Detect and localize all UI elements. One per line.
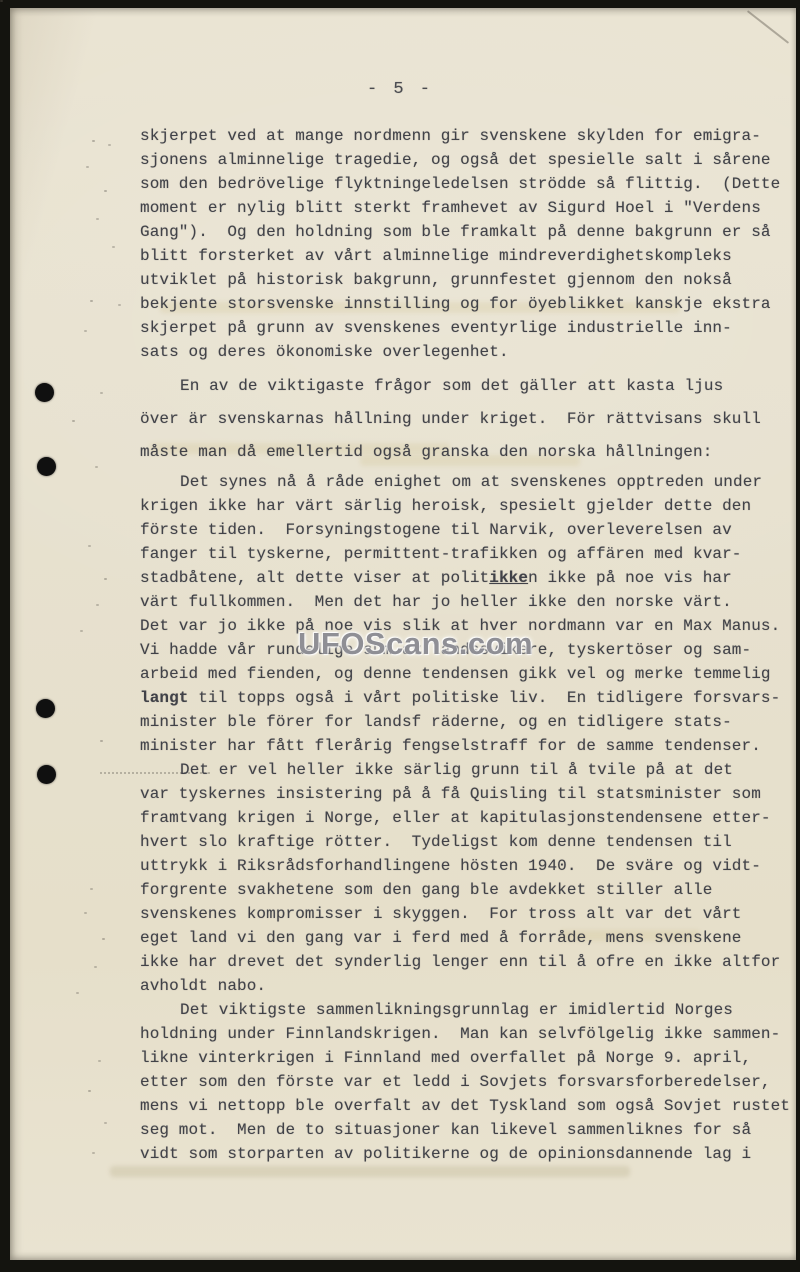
text-line: vidt som storparten av politikerne og de…	[140, 1142, 748, 1166]
text-line: minister ble förer for landsf räderne, o…	[140, 710, 748, 734]
emphasized-word: ikke	[489, 569, 528, 587]
text-line: En av de viktigaste frågor som det gälle…	[140, 370, 748, 403]
text-line: eget land vi den gang var i ferd med å f…	[140, 926, 748, 950]
hole-punch	[37, 765, 56, 784]
text-line: Det viktigste sammenlikningsgrunnlag er …	[140, 998, 748, 1022]
text-line: framtvang krigen i Norge, eller at kapit…	[140, 806, 748, 830]
text-line: krigen ikke har värt särlig heroisk, spe…	[140, 494, 748, 518]
scanned-document-page: - 5 - skjerpet ved at mange nordmenn gir…	[0, 0, 800, 1272]
text-line: likne vinterkrigen i Finnland med overfa…	[140, 1046, 748, 1070]
paragraph: Det er vel heller ikke särlig grunn til …	[140, 758, 748, 998]
text-line: langt til topps også i vårt politiske li…	[140, 686, 748, 710]
text-line: förste tiden. Forsyningstogene til Narvi…	[140, 518, 748, 542]
watermark: UFOScans.com	[298, 626, 533, 662]
text-line: utviklet på historisk bakgrunn, grunnfes…	[140, 268, 748, 292]
text-line: fanger til tyskerne, permittent-trafikke…	[140, 542, 748, 566]
hole-punch	[35, 383, 54, 402]
paragraph: Det viktigste sammenlikningsgrunnlag er …	[140, 998, 748, 1166]
bleed-through	[110, 1166, 630, 1177]
text-line: blitt forsterket av vårt alminnelige min…	[140, 244, 748, 268]
text-line: avholdt nabo.	[140, 974, 748, 998]
paragraph: skjerpet ved at mange nordmenn gir svens…	[140, 124, 748, 364]
text-line: var tyskernes insistering på å få Quisli…	[140, 782, 748, 806]
text-line: etter som den förste var et ledd i Sovje…	[140, 1070, 748, 1094]
text-line: Det er vel heller ikke särlig grunn til …	[140, 758, 748, 782]
paragraph: En av de viktigaste frågor som det gälle…	[140, 370, 748, 469]
text-line: som den bedrövelige flyktningeledelsen s…	[140, 172, 748, 196]
text-line: bekjente storsvenske innstilling og for …	[140, 292, 748, 316]
text-line: måste man då emellertid også granska den…	[140, 436, 748, 469]
text-line: hvert slo kraftige rötter. Tydeligst kom…	[140, 830, 748, 854]
text-line: sjonens alminnelige tragedie, og også de…	[140, 148, 748, 172]
text-line: skjerpet på grunn av svenskenes eventyrl…	[140, 316, 748, 340]
text-line: moment er nylig blitt sterkt framhevet a…	[140, 196, 748, 220]
text-line: Gang"). Og den holdning som ble framkalt…	[140, 220, 748, 244]
text-line: över är svenskarnas hållning under krige…	[140, 403, 748, 436]
hole-punch	[36, 699, 55, 718]
text-line: värt fullkommen. Men det har jo heller i…	[140, 590, 748, 614]
text-line: holdning under Finnlandskrigen. Man kan …	[140, 1022, 748, 1046]
text-line: ikke har drevet det synderlig lenger enn…	[140, 950, 748, 974]
text-line: forgrente svakhetene som den gang ble av…	[140, 878, 748, 902]
text-line: stadbåtene, alt dette viser at politikke…	[140, 566, 748, 590]
text-line: minister har fått flerårig fengselstraff…	[140, 734, 748, 758]
text-line: uttrykk i Riksrådsforhandlingene hösten …	[140, 854, 748, 878]
text-line: sats og deres ökonomiske overlegenhet.	[140, 340, 748, 364]
text-line: arbeid med fienden, og denne tendensen g…	[140, 662, 748, 686]
text-line: seg mot. Men de to situasjoner kan likev…	[140, 1118, 748, 1142]
text-line: skjerpet ved at mange nordmenn gir svens…	[140, 124, 748, 148]
text-line: mens vi nettopp ble overfalt av det Tysk…	[140, 1094, 748, 1118]
emphasized-word: langt	[140, 689, 189, 707]
text-line: svenskenes kompromisser i skyggen. For t…	[140, 902, 748, 926]
paragraph: Det synes nå å råde enighet om at svensk…	[140, 470, 748, 758]
text-line: Det synes nå å råde enighet om at svensk…	[140, 470, 748, 494]
page-number: - 5 -	[355, 80, 445, 99]
hole-punch	[37, 457, 56, 476]
